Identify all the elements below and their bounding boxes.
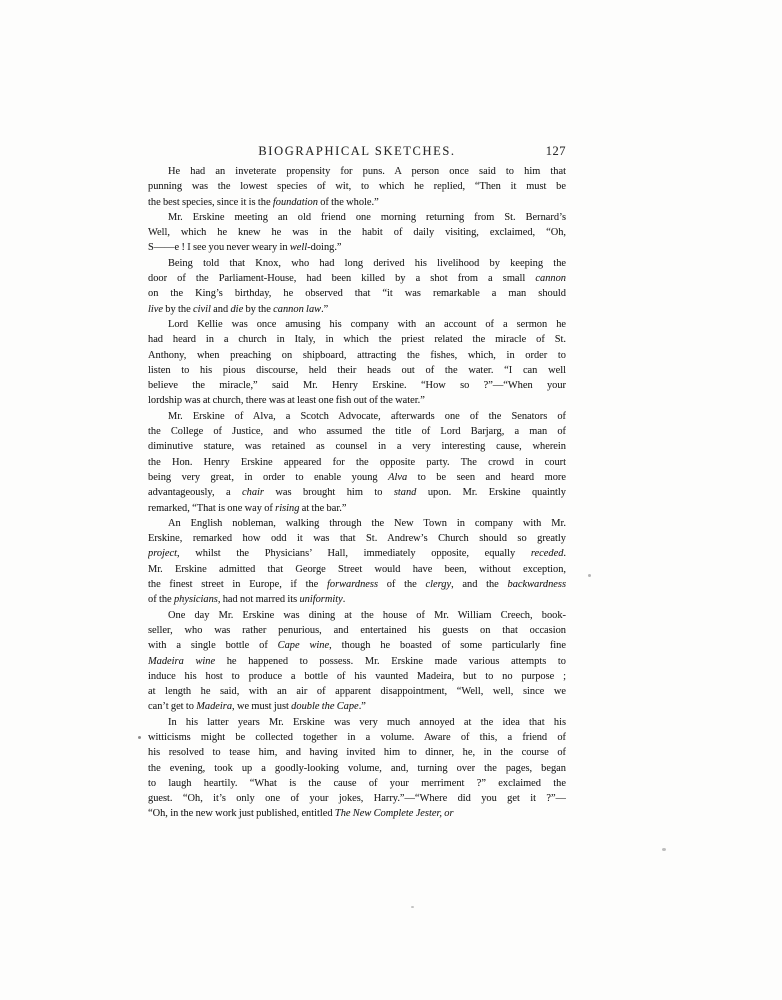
italic-text: The New Complete Jester, or bbox=[335, 808, 454, 819]
italic-text: clergy bbox=[426, 579, 452, 590]
text-line: can’t get to Madeira, we must just doubl… bbox=[148, 699, 566, 714]
scan-speck bbox=[588, 574, 591, 577]
italic-text: chair bbox=[242, 487, 264, 498]
italic-text: civil bbox=[193, 304, 211, 315]
text-line: Well, which he knew he was in the habit … bbox=[148, 225, 566, 240]
text-line: seller, who was rather penurious, and en… bbox=[148, 623, 566, 638]
page-title: BIOGRAPHICAL SKETCHES. bbox=[148, 144, 566, 158]
text-line: project, whilst the Physicians’ Hall, im… bbox=[148, 546, 566, 561]
text-line: guest. “Oh, it’s only one of your jokes,… bbox=[148, 791, 566, 806]
text-line: the finest street in Europe, if the forw… bbox=[148, 577, 566, 592]
text-line: door of the Parliament-House, had been k… bbox=[148, 271, 566, 286]
italic-text: double the Cape bbox=[291, 701, 359, 712]
text-line: lordship was at church, there was at lea… bbox=[148, 393, 566, 408]
text-line: at length he said, with an air of appare… bbox=[148, 684, 566, 699]
text-line: punning was the lowest species of wit, t… bbox=[148, 179, 566, 194]
text-line: Anthony, when preaching on shipboard, at… bbox=[148, 348, 566, 363]
italic-text: foundation bbox=[273, 197, 318, 208]
italic-text: Cape wine bbox=[278, 640, 329, 651]
italic-text: project bbox=[148, 548, 177, 559]
text-line: Lord Kellie was once amusing his company… bbox=[148, 317, 566, 332]
italic-text: live bbox=[148, 304, 163, 315]
italic-text: Madeira wine bbox=[148, 656, 215, 667]
text-line: induce his host to produce a bottle of h… bbox=[148, 669, 566, 684]
text-line: Mr. Erskine admitted that George Street … bbox=[148, 562, 566, 577]
text-line: Erskine, remarked how odd it was that St… bbox=[148, 531, 566, 546]
text-line: his resolved to tease him, and having in… bbox=[148, 745, 566, 760]
running-head: BIOGRAPHICAL SKETCHES. 127 bbox=[148, 144, 566, 160]
text-line: advantageously, a chair was brought him … bbox=[148, 485, 566, 500]
scan-speck bbox=[411, 906, 414, 908]
text-line: the College of Justice, and who assumed … bbox=[148, 424, 566, 439]
text-line: Mr. Erskine meeting an old friend one mo… bbox=[148, 210, 566, 225]
text-line: diminutive stature, was retained as coun… bbox=[148, 439, 566, 454]
italic-text: receded bbox=[531, 548, 564, 559]
text-line: with a single bottle of Cape wine, thoug… bbox=[148, 638, 566, 653]
italic-text: cannon law bbox=[273, 304, 321, 315]
text-line: In his latter years Mr. Erskine was very… bbox=[148, 715, 566, 730]
text-line: on the King’s birthday, he observed that… bbox=[148, 286, 566, 301]
text-line: An English nobleman, walking through the… bbox=[148, 516, 566, 531]
text-line: listen to his pious discourse, held thei… bbox=[148, 363, 566, 378]
text-line: He had an inveterate propensity for puns… bbox=[148, 164, 566, 179]
text-line: believe the miracle,” said Mr. Henry Ers… bbox=[148, 378, 566, 393]
italic-text: Madeira bbox=[196, 701, 232, 712]
text-line: the best species, since it is the founda… bbox=[148, 195, 566, 210]
scan-speck bbox=[662, 848, 666, 851]
italic-text: die bbox=[230, 304, 243, 315]
italic-text: rising bbox=[275, 503, 299, 514]
text-line: being very great, in order to enable you… bbox=[148, 470, 566, 485]
italic-text: backwardness bbox=[508, 579, 566, 590]
text-line: remarked, “That is one way of rising at … bbox=[148, 501, 566, 516]
italic-text: well bbox=[290, 242, 307, 253]
text-line: to laugh heartily. “What is the cause of… bbox=[148, 776, 566, 791]
text-line: Being told that Knox, who had long deriv… bbox=[148, 256, 566, 271]
text-line: had heard in a church in Italy, in which… bbox=[148, 332, 566, 347]
italic-text: forwardness bbox=[327, 579, 378, 590]
text-line: One day Mr. Erskine was dining at the ho… bbox=[148, 608, 566, 623]
italic-text: physicians bbox=[174, 594, 218, 605]
text-line: Mr. Erskine of Alva, a Scotch Advocate, … bbox=[148, 409, 566, 424]
text-line: the evening, took up a goodly-looking vo… bbox=[148, 761, 566, 776]
book-page-scan: BIOGRAPHICAL SKETCHES. 127 He had an inv… bbox=[0, 0, 782, 1000]
text-line: of the physicians, had not marred its un… bbox=[148, 592, 566, 607]
scan-speck bbox=[138, 736, 141, 739]
text-line: witticisms might be collected together i… bbox=[148, 730, 566, 745]
text-block: He had an inveterate propensity for puns… bbox=[148, 164, 566, 822]
text-line: S——e ! I see you never weary in well-doi… bbox=[148, 240, 566, 255]
text-line: live by the civil and die by the cannon … bbox=[148, 302, 566, 317]
page-number: 127 bbox=[546, 144, 566, 158]
italic-text: Alva bbox=[388, 472, 407, 483]
italic-text: stand bbox=[394, 487, 417, 498]
text-line: “Oh, in the new work just published, ent… bbox=[148, 806, 566, 821]
text-line: Madeira wine he happened to possess. Mr.… bbox=[148, 654, 566, 669]
italic-text: cannon bbox=[535, 273, 566, 284]
italic-text: uniformity bbox=[299, 594, 342, 605]
text-line: the Hon. Henry Erskine appeared for the … bbox=[148, 455, 566, 470]
